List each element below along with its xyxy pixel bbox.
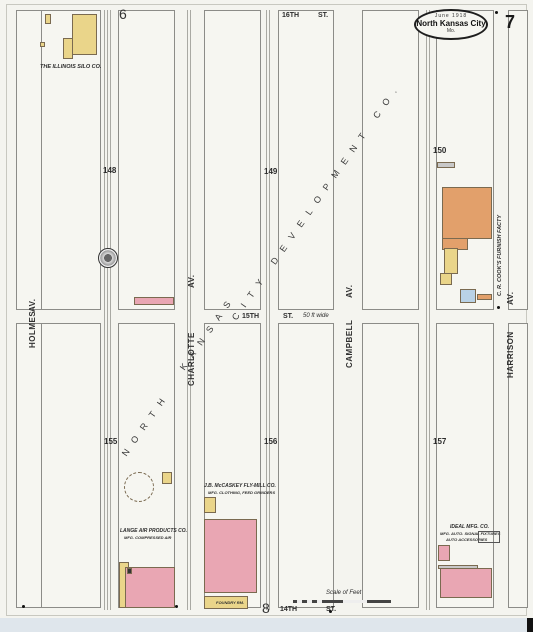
building-lange-detail [127,568,132,574]
block-number-155: 155 [104,437,117,446]
building-furniture-lumber [460,289,476,303]
building-furniture-shed [440,273,452,285]
adjoining-sheet-top: 6 [119,6,127,22]
block-number-150: 150 [433,146,446,155]
business-label-mccaskey-sub: MFG. CLOTHING, FEED GRINDERS [208,490,275,495]
block-16th-north [278,10,334,310]
fire-hydrant-icon [22,605,25,608]
block-bottom-campbell-east [362,323,419,608]
block-top-charlotte-west [118,10,175,310]
scan-edge-mark [527,618,533,632]
railroad-track [187,10,188,610]
block-number-157: 157 [433,437,446,446]
building-lange-air-main [125,567,175,608]
block-number-149: 149 [264,167,277,176]
street-label-15th: 15TH [242,313,259,320]
street-width-15th: 50 ft wide [303,313,329,319]
fire-hydrant-icon [497,306,500,309]
fire-hydrant-icon [495,11,498,14]
building-block148-small [134,297,174,305]
block-bottom-left-strip [16,323,42,608]
railroad-track [104,10,105,610]
sheet-number: 7 [505,12,515,33]
railroad-track [266,10,267,610]
street-label-16th: 16TH [282,12,299,19]
map-sheet: June 1918 North Kansas City Mo. 7 6 8 HO… [0,0,533,618]
street-label-holmes-av: AV. [28,298,37,312]
railroad-track [269,10,270,610]
building-illinois-silo-small [45,14,51,24]
block-149 [204,10,261,310]
street-label-charlotte-av: AV. [187,274,196,288]
business-label-lange-air: LANGE AIR PRODUCTS CO. [120,528,187,534]
street-label-harrison: HARRISON [506,331,515,378]
business-label-ideal-mfg: IDEAL MFG. CO. [450,524,489,530]
street-label-holmes: HOLMES [28,311,37,348]
business-label-lange-air-sub: MFG. COMPRESSED AIR [124,535,171,540]
building-furniture-kiln [477,294,492,300]
map-state: Mo. [416,28,486,34]
railroad-track [110,10,111,610]
building-mccaskey-small [204,497,216,513]
block-bottom-holmes-east [41,323,101,608]
building-ideal-small [438,545,450,561]
railroad-track [429,10,430,610]
building-illinois-silo-shed [40,42,45,47]
title-cartouche: June 1918 North Kansas City Mo. [414,9,488,40]
building-lange-small [162,472,172,484]
block-156 [278,323,334,608]
street-label-harrison-av: AV. [506,291,515,305]
building-furniture-storage [444,248,458,274]
block-top-campbell-east [362,10,419,310]
scale-label: Scale of Feet [326,590,361,596]
block-number-148: 148 [103,166,116,175]
business-label-foundry: FOUNDRY RM. [216,600,244,605]
building-ideal-main [440,568,492,598]
adjoining-sheet-bottom: 8 [262,600,270,616]
street-label-campbell: CAMPBELL [345,320,354,368]
compass-rose-icon [98,248,118,268]
railroad-track [190,10,191,610]
business-label-furniture-factory: C. R. COOK'S FURNISH FACTY [497,215,503,296]
building-lange-silo [124,472,154,502]
scale-bar [293,600,391,603]
building-furniture-factory [442,187,492,239]
building-illinois-silo-main [72,14,97,55]
block-top-left-strip [16,10,42,310]
fire-hydrant-icon [329,610,332,613]
fire-hydrant-icon [175,605,178,608]
street-label-16th-st: ST. [318,12,328,19]
building-illinois-silo-side [63,38,73,59]
building-block150-north [437,162,455,168]
railroad-track [107,10,108,610]
block-top-right-strip [508,10,528,310]
street-label-14th: 14TH [280,606,297,613]
railroad-track [426,10,427,610]
street-label-15th-st: ST. [283,313,293,320]
business-label-mccaskey: J.B. McCASKEY FLY-MILL CO. [204,483,276,489]
building-mccaskey-main [204,519,257,593]
business-label-illinois-silo: THE ILLINOIS SILO CO. [40,64,101,70]
street-label-campbell-av: AV. [345,284,354,298]
building-ideal-outline [478,531,500,543]
block-number-156: 156 [264,437,277,446]
map-title: North Kansas City [416,19,486,28]
scan-margin [0,618,533,632]
